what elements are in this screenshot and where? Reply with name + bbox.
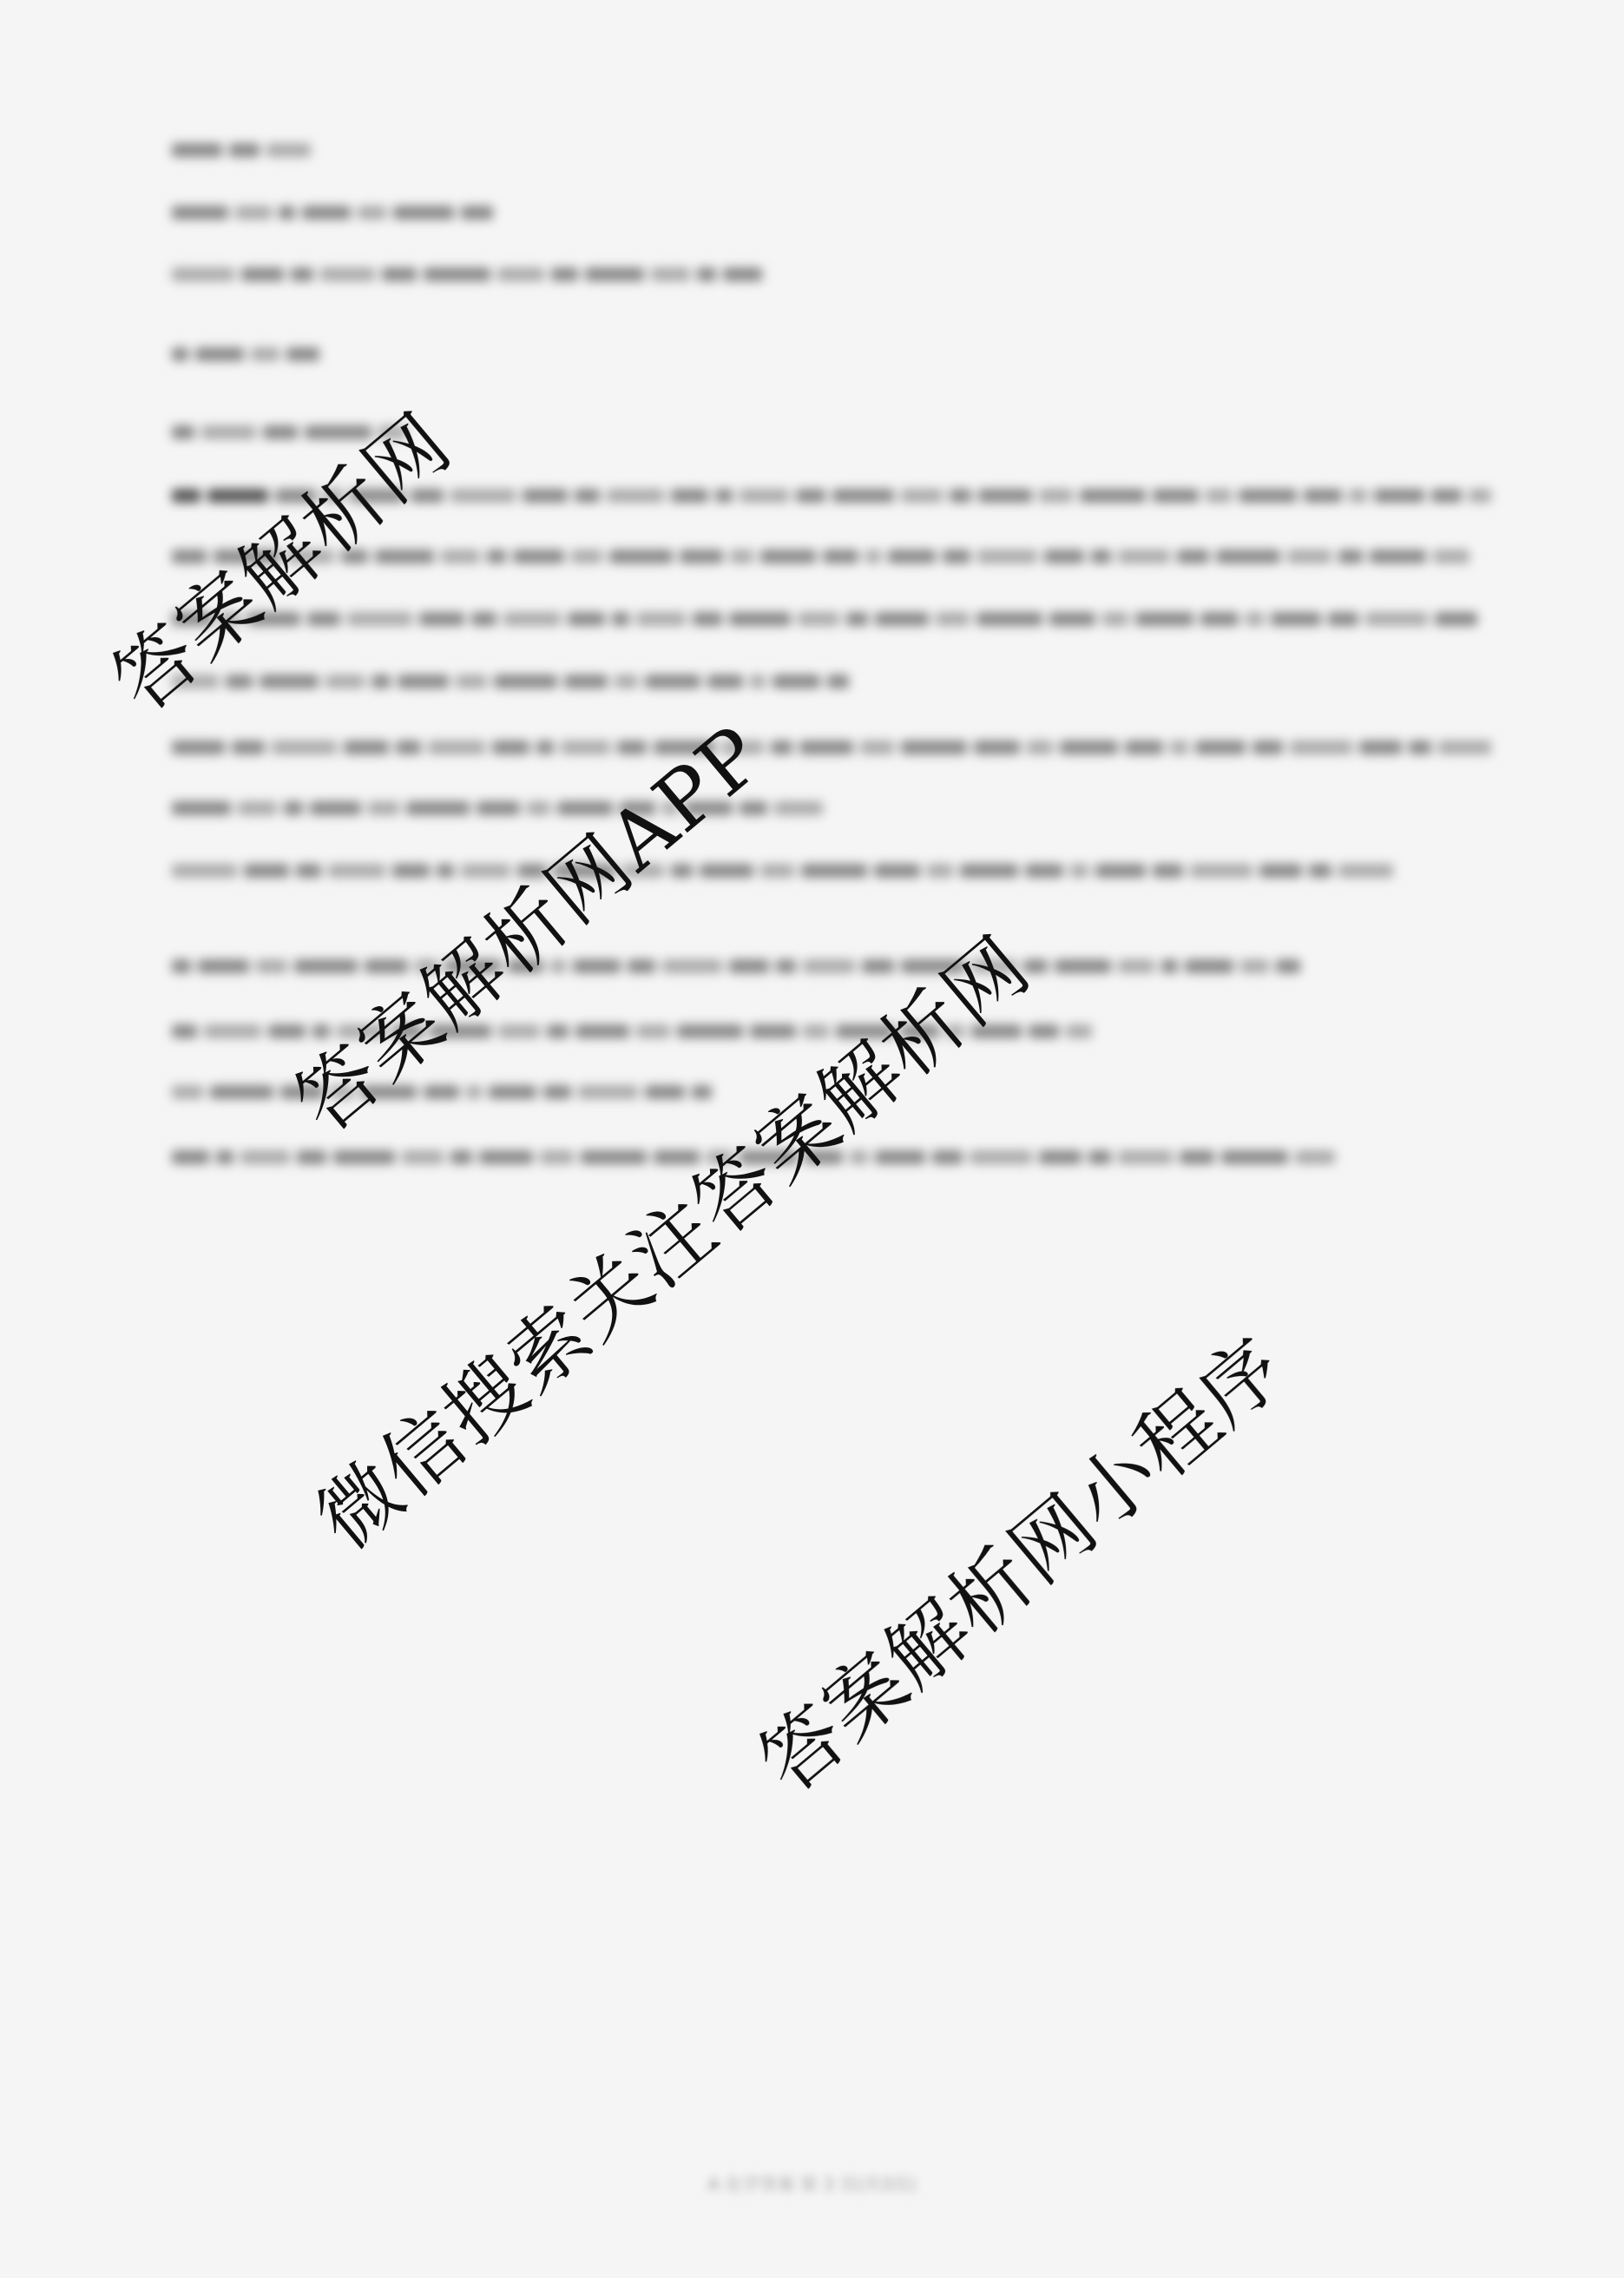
blurred-line [172,955,1300,974]
blurred-line [172,670,849,689]
blurred-line [172,343,319,362]
blurred-line [172,608,1491,627]
document-page: A 化学答案 第 3 页(共3页) 答案解析网 答案解析网APP 微信搜索关注答… [0,0,1624,2278]
watermark-4: 答案解析网小程序 [747,1325,1299,1806]
blurred-line [172,1081,736,1100]
blurred-line [172,139,311,158]
blurred-line [172,859,1413,879]
blurred-line [172,736,1491,755]
blurred-line [172,263,762,282]
page-footer: A 化学答案 第 3 页(共3页) [0,2170,1624,2196]
blurred-line [172,201,493,221]
